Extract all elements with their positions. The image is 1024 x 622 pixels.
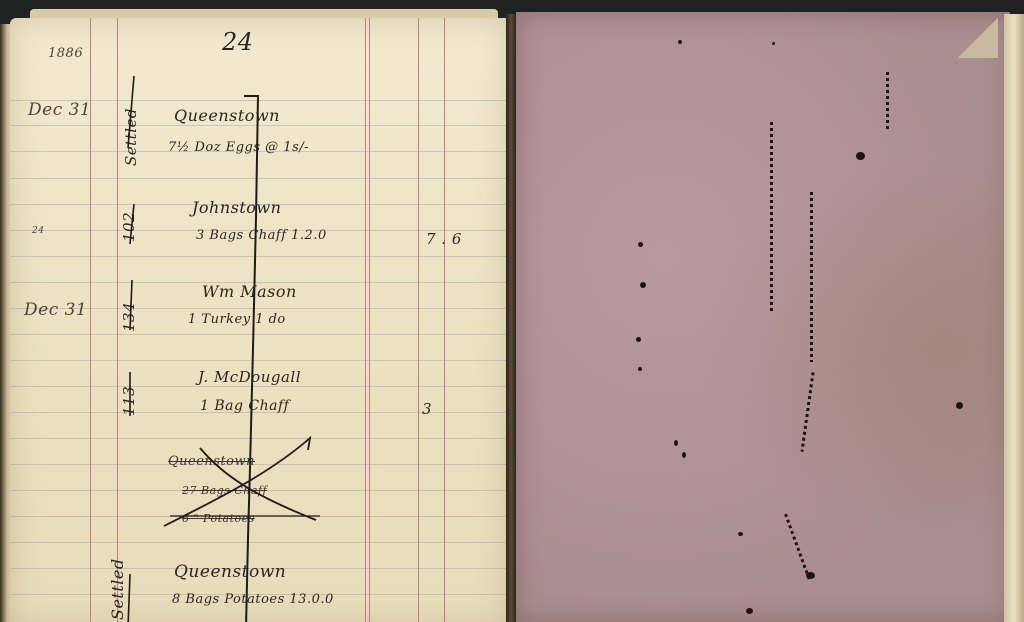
entry-ref: Settled bbox=[122, 108, 140, 166]
entry-date: Dec 31 bbox=[28, 100, 91, 120]
struck-item-2: 6 " Potatoes bbox=[182, 512, 255, 525]
entry-ref: 102 bbox=[120, 212, 138, 242]
entry-date: Dec 31 bbox=[24, 300, 87, 320]
struck-item: 27 Bags Chaff bbox=[182, 484, 267, 497]
right-page-edge bbox=[1004, 14, 1024, 622]
ledger-page-left: 24 1886 Dec 31 Settled Queenstown 7½ Doz… bbox=[10, 18, 508, 622]
entry-account: J. McDougall bbox=[198, 368, 301, 386]
margin-note: 24 bbox=[32, 226, 44, 236]
entry-account: Queenstown bbox=[174, 562, 286, 582]
entry-account: Queenstown bbox=[174, 106, 280, 125]
folded-corner bbox=[958, 18, 998, 58]
entry-item: 3 Bags Chaff 1.2.0 bbox=[196, 228, 327, 243]
entry-ref: 134 bbox=[120, 302, 138, 332]
entry-item: 7½ Doz Eggs @ 1s/- bbox=[168, 140, 309, 155]
entry-item: 1 Bag Chaff bbox=[200, 398, 289, 414]
year-label: 1886 bbox=[48, 46, 83, 61]
entry-account: Johnstown bbox=[192, 198, 281, 217]
entry-item: 1 Turkey 1 do bbox=[188, 312, 286, 327]
entry-ref: 113 bbox=[120, 386, 138, 416]
ledger-spread: 24 1886 Dec 31 Settled Queenstown 7½ Doz… bbox=[0, 0, 1024, 622]
struck-account: Queenstown bbox=[168, 454, 255, 469]
entry-item: 8 Bags Potatoes 13.0.0 bbox=[172, 592, 334, 607]
entry-ref: Settled bbox=[108, 558, 127, 620]
entry-account: Wm Mason bbox=[202, 282, 297, 301]
entry-amount: 7 . 6 bbox=[426, 230, 462, 248]
cover-page-right bbox=[516, 12, 1010, 622]
page-number: 24 bbox=[222, 28, 254, 56]
book-gutter bbox=[506, 14, 516, 622]
entry-amount: 3 bbox=[422, 400, 432, 418]
